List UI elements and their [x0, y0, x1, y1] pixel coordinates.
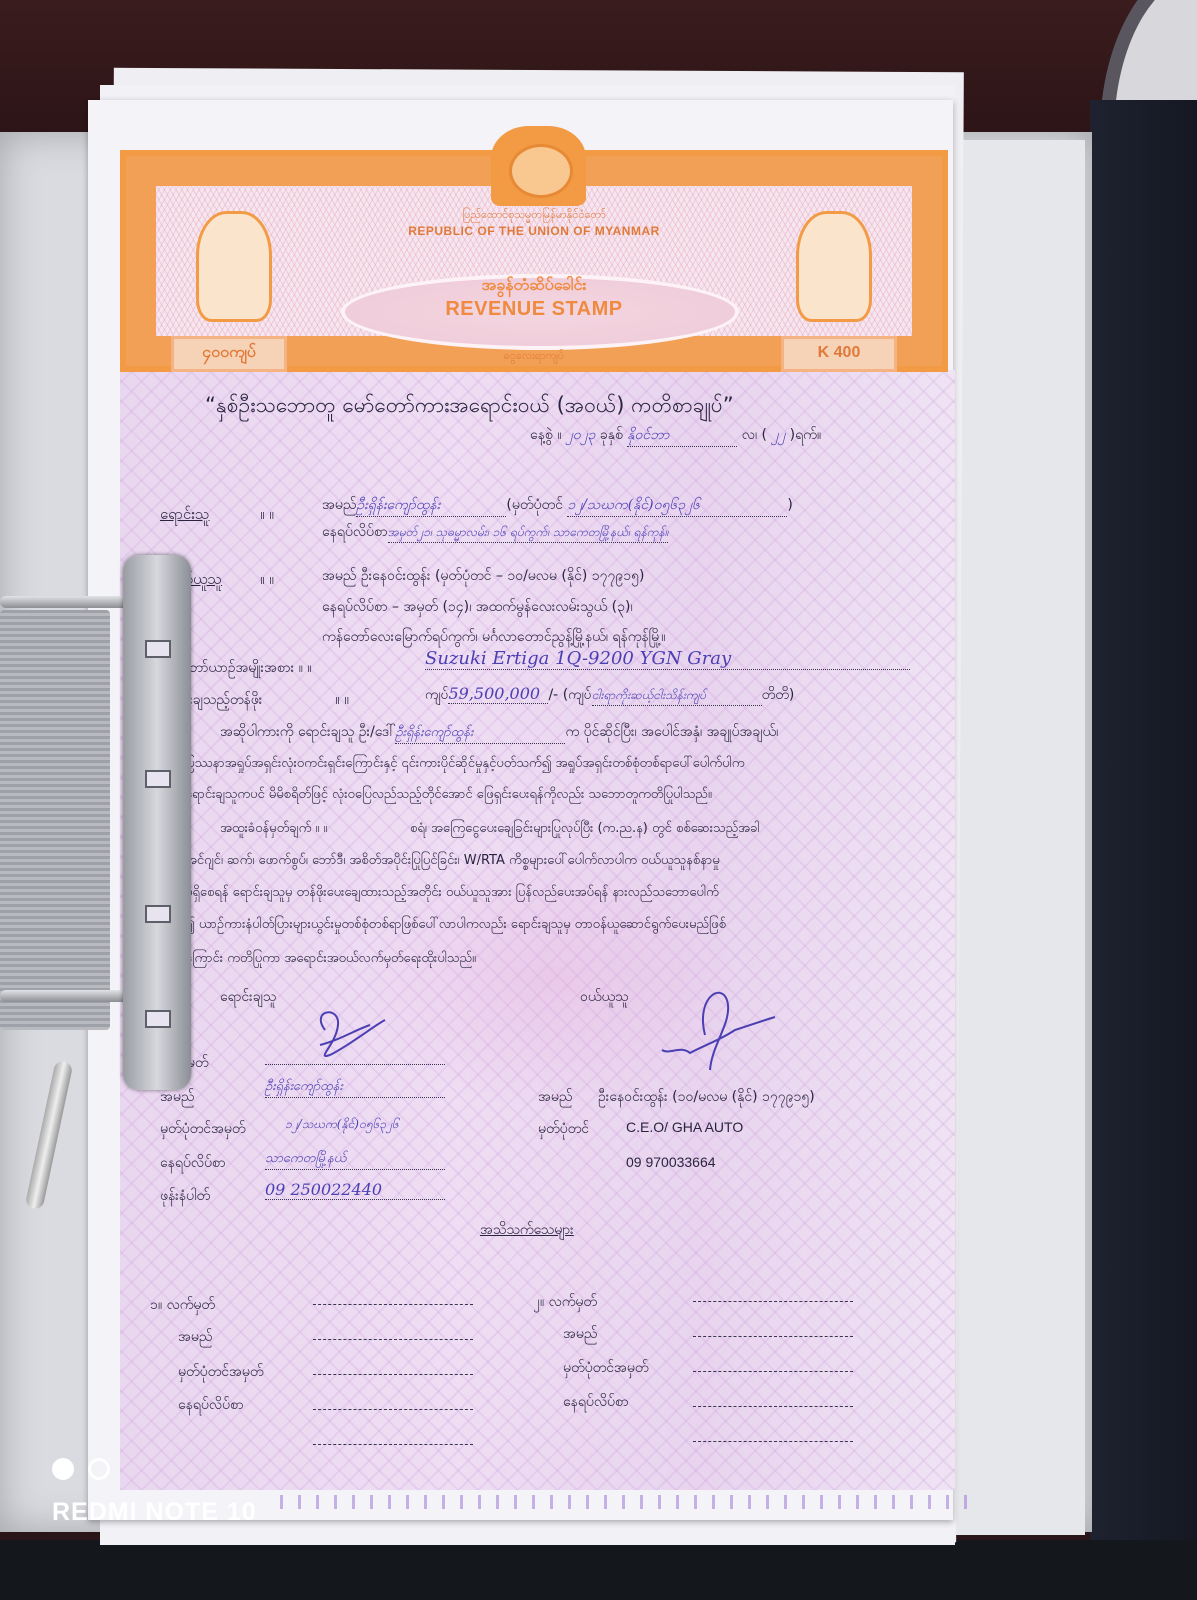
- stamp-country-mm: ပြည်ထောင်စုသမ္မတမြန်မာနိုင်ငံတော်: [126, 208, 942, 224]
- camera-watermark-label: REDMI NOTE 10: [52, 1498, 257, 1527]
- seller-nrc-label: မှတ်ပုံတင်အမှတ်: [160, 1119, 246, 1140]
- seller-phone-value: 09 250022440: [265, 1180, 445, 1200]
- background-seat: [1090, 100, 1197, 1600]
- witness-1-address-label: နေရပ်လိပ်စာ: [178, 1395, 244, 1416]
- security-pattern-strip: [280, 1495, 970, 1509]
- price-sep: ။ ။: [335, 690, 349, 712]
- seller-signature-heading: ရောင်းချသူ: [220, 987, 276, 1008]
- remarks-line-2: အင်ဂျင်၊ ဆက်၊ ဖောက်စွပ်၊ ဘော်ဒီ၊ အစိတ်အပ…: [185, 852, 720, 871]
- stamp-title-mm: အခွန်တံဆိပ်ခေါင်း: [126, 274, 942, 298]
- emblem-core: [509, 144, 573, 198]
- date-line: နေ့စွဲ ။ ၂၀၂၃ ခုနှစ် နိုဝင်ဘာ လ၊ ( ၂၂ )ရ…: [530, 425, 821, 447]
- vehicle-value: Suzuki Ertiga 1Q-9200 YGN Gray: [425, 648, 910, 670]
- witness-1-sign: ၁။ လက်မှတ်: [150, 1295, 215, 1316]
- buyer-address-line-1: နေရပ်လိပ်စာ – အမှတ် (၁၄)၊ အထက်မွန်လေးလမ်…: [322, 597, 633, 618]
- binder-slot: [145, 905, 171, 923]
- stamp-value-en: K 400: [781, 336, 897, 372]
- binder-slot: [145, 1010, 171, 1028]
- date-day-label: )ရက်။: [790, 427, 821, 443]
- buyer-nrc-label: မှတ်ပုံတင်: [538, 1119, 589, 1140]
- seller-label: ရောင်းသူ: [160, 505, 210, 527]
- seller-address-signed: သာကေတမြို့နယ်: [265, 1150, 445, 1170]
- buyer-name-label: အမည်: [538, 1087, 572, 1108]
- camera-watermark-dots: [52, 1458, 124, 1484]
- revenue-stamp: ပြည်ထောင်စုသမ္မတမြန်မာနိုင်ငံတော် REPUBL…: [120, 150, 948, 372]
- buyer-signature-icon: [650, 975, 790, 1085]
- seller-phone-label: ဖုန်းနံပါတ်: [160, 1186, 210, 1207]
- witness-2-sign: ၂။ လက်မှတ်: [533, 1292, 597, 1313]
- buyer-name-line: အမည် ဦးနေဝင်းထွန်း (မှတ်ပုံတင် – ၁၀/မလမ …: [322, 566, 644, 587]
- witnesses-heading: အသိသက်သေများ: [480, 1220, 574, 1241]
- buyer-signature-heading: ဝယ်ယူသူ: [580, 987, 629, 1008]
- binder-slot: [145, 770, 171, 788]
- remarks-line-4: ၍ ယာဉ်ကားနံပါတ်ပြားများယွင်းမှုတစ်စုံတစ်…: [185, 916, 726, 935]
- witness-2-lines: [693, 1300, 853, 1442]
- seller-nrc-signed: ၁၂/သဃက(နိုင်)၀၅၆၃၂၆: [285, 1116, 399, 1134]
- seller-address-label: နေရပ်လိပ်စာ: [160, 1153, 226, 1174]
- remarks-line-5: ကြောင်း ကတိပြုကာ အရောင်းအဝယ်လက်မှတ်ရေးထိ…: [185, 950, 476, 969]
- seller-name-signed: ဦးရှိန်းကျော်ထွန်း: [265, 1078, 445, 1098]
- binder-plate: [0, 610, 110, 1030]
- seller-nrc-value: ၁၂/သဃက(နိုင်)၀၅၆၃၂၆: [567, 495, 787, 517]
- background-bottom: [0, 1540, 1197, 1600]
- seller-name-label: အမည်: [160, 1087, 194, 1108]
- witness-2-name-label: အမည်: [563, 1324, 597, 1345]
- remarks-line-1: စရံ၊ အကြေငွေပေးချေခြင်းများပြုလုပ်ပြီး (…: [410, 820, 760, 839]
- seller-address-value: အမှတ်၂၁၊ သုဓမ္မာလမ်း၊ ၁၆ ရပ်ကွက်၊ သာကေတမ…: [388, 524, 669, 543]
- seller-name-value: ဦးရှိန်းကျော်ထွန်း: [356, 495, 506, 517]
- date-prefix: နေ့စွဲ ။: [530, 427, 561, 443]
- seller-sep: ။ ။: [260, 505, 274, 527]
- remarks-line-3: မရှိစေရန် ရောင်းချသူမှ တန်ဖိုးပေးချေထားသ…: [185, 884, 719, 903]
- body-line-3: ရောင်းချသူကပင် မိမိစရိတ်ဖြင့် လုံးဝပြေလည…: [185, 786, 712, 805]
- stamp-title-en: REVENUE STAMP: [126, 298, 942, 321]
- empty-circle-icon: [88, 1458, 110, 1480]
- witness-2-address-label: နေရပ်လိပ်စာ: [563, 1392, 629, 1413]
- date-month-label: လ၊ (: [742, 427, 767, 443]
- filled-circle-icon: [52, 1458, 74, 1480]
- document-title: “နှစ်ဦးသဘောတူ မော်တော်ကားအရောင်းဝယ် (အဝယ…: [205, 392, 734, 423]
- witness-1-nrc-label: မှတ်ပုံတင်အမှတ်: [178, 1362, 264, 1383]
- seller-name-line: အမည်ဦးရှိန်းကျော်ထွန်း(မှတ်ပုံတင် ၁၂/သဃက…: [322, 495, 793, 517]
- buyer-phone: 09 970033664: [626, 1154, 716, 1170]
- binder-folder-edge: [955, 140, 1085, 1535]
- binder-slot: [145, 640, 171, 658]
- stamp-country-en: REPUBLIC OF THE UNION OF MYANMAR: [126, 224, 942, 238]
- stamp-value-mm: ၄၀၀ကျပ်: [171, 336, 287, 372]
- buyer-company: C.E.O/ GHA AUTO: [626, 1119, 743, 1135]
- date-year: ၂၀၂၃: [566, 427, 596, 443]
- seller-address-line: နေရပ်လိပ်စာအမှတ်၂၁၊ သုဓမ္မာလမ်း၊ ၁၆ ရပ်က…: [322, 522, 668, 543]
- seller-sign-line: [265, 1064, 445, 1065]
- date-year-label: ခုနှစ်: [600, 427, 623, 443]
- price-amount: 59,500,000: [448, 684, 548, 704]
- seller-signature-icon: [300, 1000, 400, 1070]
- price-words: ငါးရာကိုးဆယ့်ငါးသိန်းကျပ်: [592, 687, 762, 706]
- witness-2-nrc-label: မှတ်ပုံတင်အမှတ်: [563, 1358, 649, 1379]
- buyer-name-value: ဦးနေဝင်းထွန်း (၁၀/မလမ (နိုင်) ၁၇၇၉၁၅): [598, 1087, 815, 1108]
- body-line-1: အဆိုပါကားကို ရောင်းချသူ ဦး/ဒေါ်ဦးရှိန်းက…: [220, 722, 778, 744]
- price-line: ကျပ်59,500,000/- (ကျပ်ငါးရာကိုးဆယ့်ငါးသိ…: [425, 684, 794, 706]
- date-day: ၂၂: [771, 427, 785, 443]
- remarks-label: အထူးခံဝန်မှတ်ချက် ။ ။: [220, 820, 327, 839]
- buyer-sep: ။ ။: [260, 570, 274, 592]
- buyer-address-line-2: ကန်တော်လေးမြောက်ရပ်ကွက်၊ မင်္ဂလာတောင်ညွန…: [322, 627, 665, 648]
- body-line-2: ပြဿနာအရှုပ်အရှင်းလုံးဝကင်းရှင်းကြောင်းနှ…: [185, 755, 744, 774]
- witness-1-lines: [313, 1303, 473, 1445]
- witness-1-name-label: အမည်: [178, 1327, 212, 1348]
- date-month: နိုဝင်ဘာ: [627, 425, 737, 447]
